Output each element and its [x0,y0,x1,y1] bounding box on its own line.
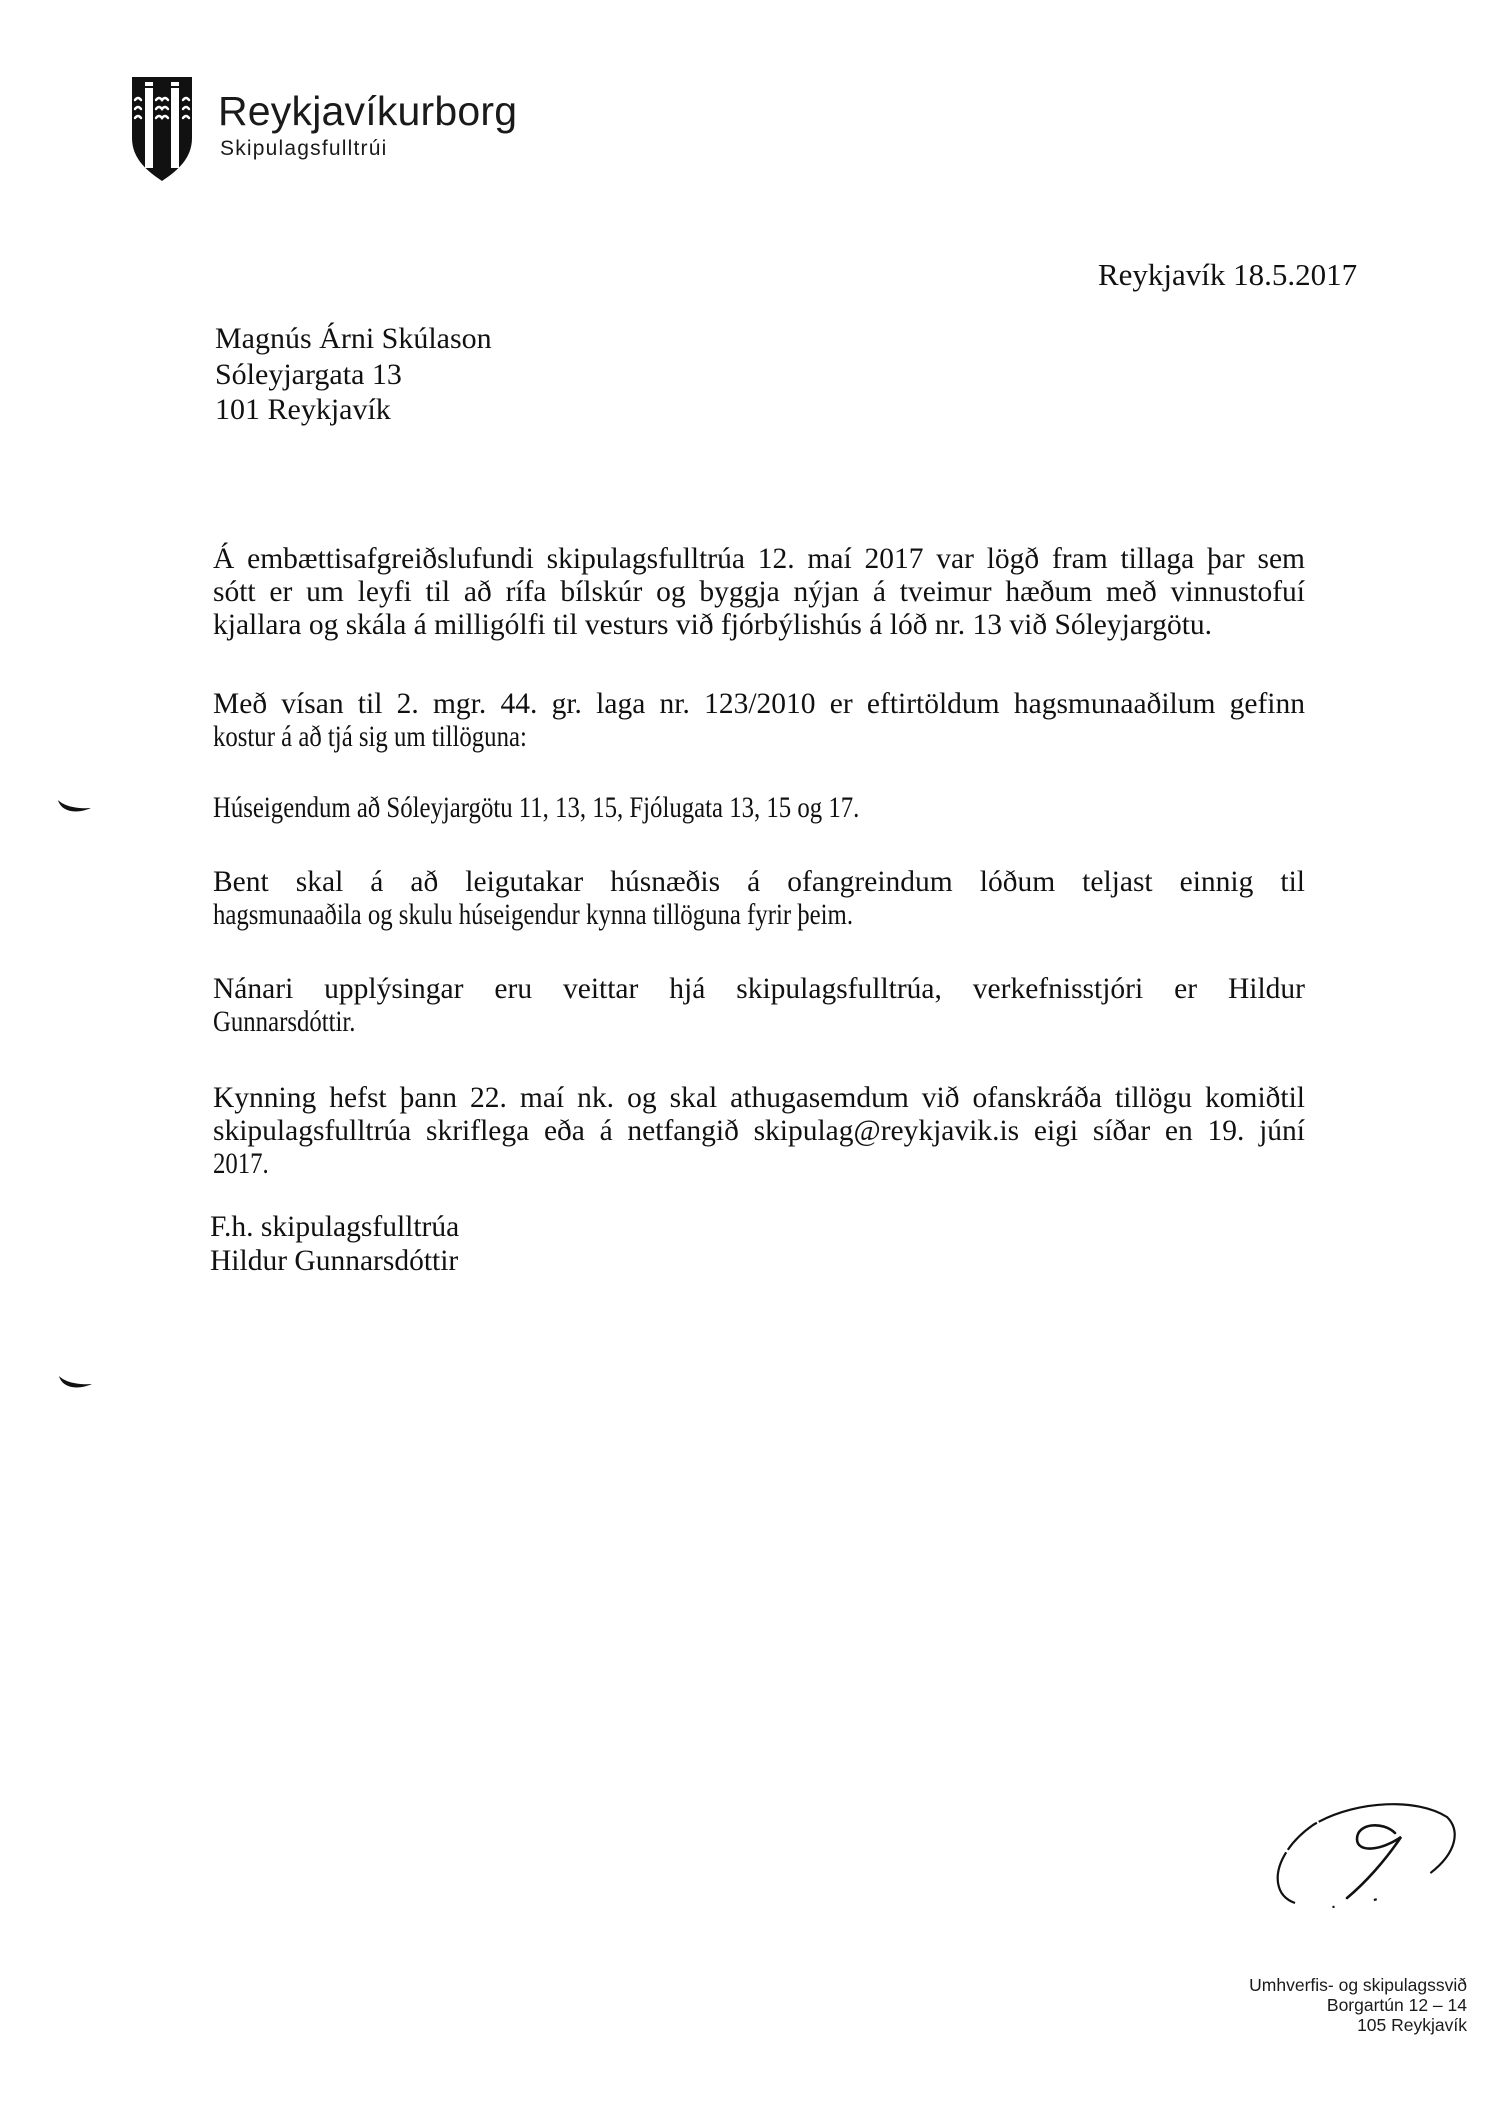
paragraph-proposal: Á embættisafgreiðslufundi skipulagsfullt… [213,543,1305,642]
text-line: skipulagsfulltrúa skriflega eða á netfan… [213,1115,1305,1148]
paragraph-tenants: Bent skal á að leigutakar húsnæðis á ofa… [213,866,1305,932]
handwritten-page-number [1265,1795,1475,1925]
text-line: Gunnarsdóttir. [213,1006,355,1039]
text-line: sótt er um leyfi til að rífa bílskúr og … [213,576,1305,609]
text-line: Húseigendum að Sóleyjargötu 11, 13, 15, … [213,792,859,825]
text-line: Nánari upplýsingar eru veittar hjá skipu… [213,973,1305,1006]
recipient-name: Magnús Árni Skúlason [215,322,492,356]
text-line: Á embættisafgreiðslufundi skipulagsfullt… [213,543,1305,576]
text-line: Með vísan til 2. mgr. 44. gr. laga nr. 1… [213,688,1305,721]
text-line: Kynning hefst þann 22. maí nk. og skal a… [213,1082,1305,1115]
text-line: Bent skal á að leigutakar húsnæðis á ofa… [213,866,1305,899]
footer-address: Umhverfis- og skipulagssvið Borgartún 12… [1249,1975,1467,2035]
text-line: kostur á að tjá sig um tillöguna: [213,721,527,754]
footer-department: Umhverfis- og skipulagssvið [1249,1975,1467,1995]
paragraph-deadline: Kynning hefst þann 22. maí nk. og skal a… [213,1082,1305,1181]
recipient-street: Sóleyjargata 13 [215,358,402,392]
paragraph-recipients: Húseigendum að Sóleyjargötu 11, 13, 15, … [213,792,1305,825]
text-line: hagsmunaaðila og skulu húseigendur kynna… [213,899,853,932]
text-line: kjallara og skála á milligólfi til vestu… [213,609,1305,642]
reykjavik-coat-of-arms-icon [131,76,193,182]
text-line: 2017. [213,1148,269,1181]
footer-street: Borgartún 12 – 14 [1249,1995,1467,2015]
punch-hole-mark-icon [58,1375,94,1391]
signature-on-behalf: F.h. skipulagsfulltrúa [210,1210,459,1244]
signature-name: Hildur Gunnarsdóttir [210,1244,459,1278]
paragraph-contact: Nánari upplýsingar eru veittar hjá skipu… [213,973,1305,1039]
recipient-city: 101 Reykjavík [215,393,391,427]
signature-block: F.h. skipulagsfulltrúa Hildur Gunnarsdót… [210,1210,459,1278]
department-name: Skipulagsfulltrúi [220,137,387,161]
punch-hole-mark-icon [57,799,93,815]
organization-name: Reykjavíkurborg [218,88,517,135]
footer-city: 105 Reykjavík [1249,2015,1467,2035]
letter-date: Reykjavík 18.5.2017 [1098,257,1357,293]
paragraph-legal-basis: Með vísan til 2. mgr. 44. gr. laga nr. 1… [213,688,1305,754]
